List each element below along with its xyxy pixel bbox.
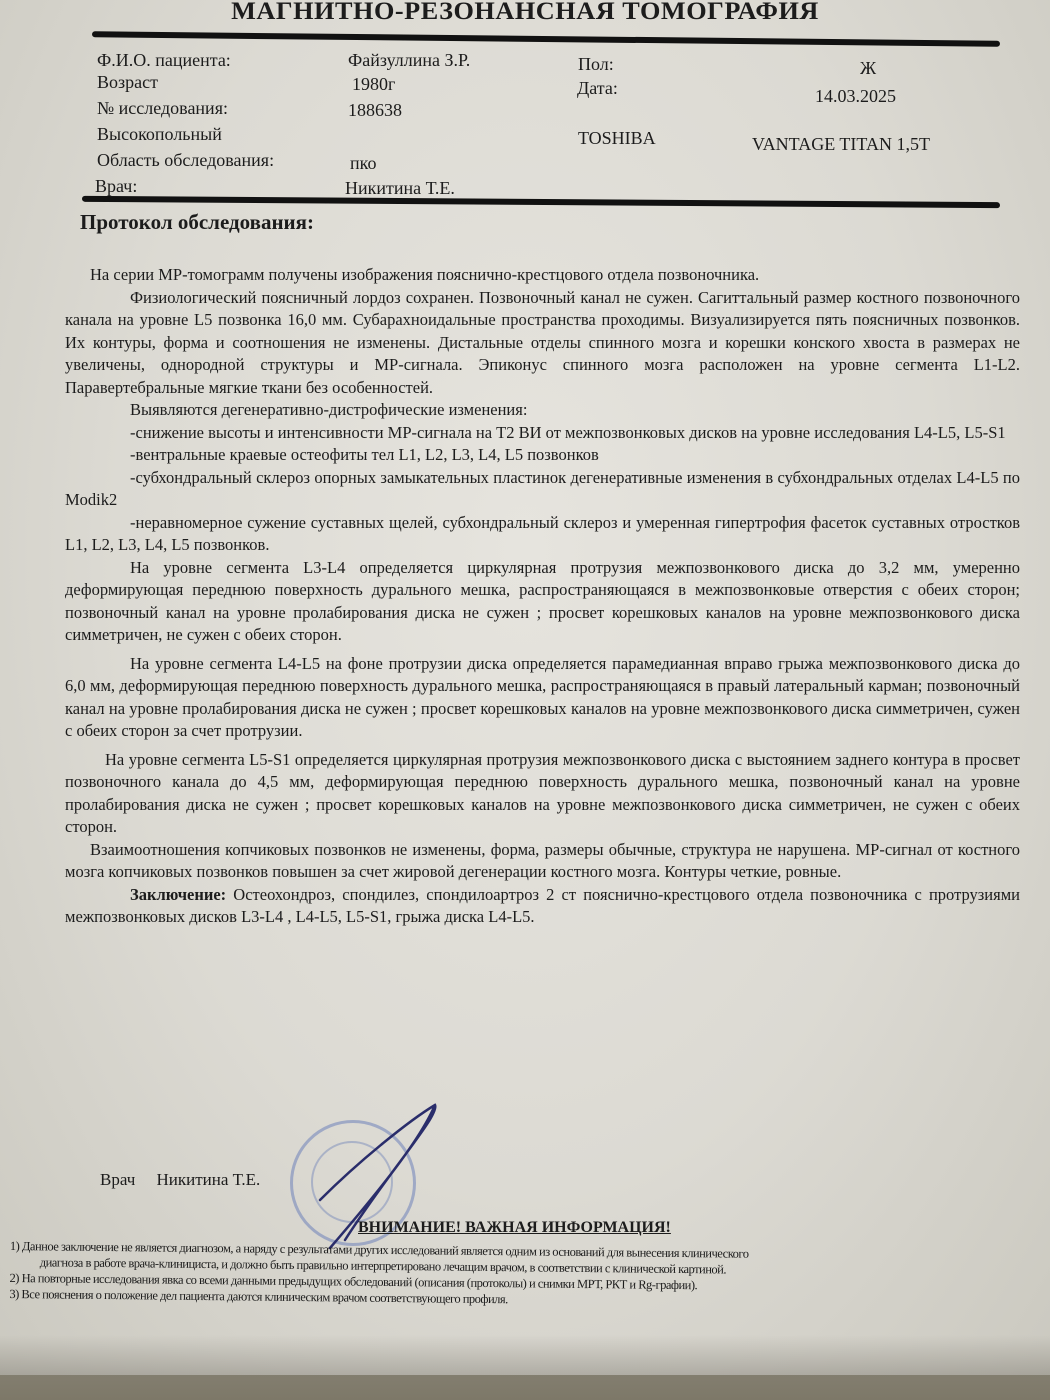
segment-l4-l5-paragraph: На уровне сегмента L4-L5 на фоне протруз… — [65, 653, 1020, 743]
degenerative-item-1: -снижение высоты и интенсивности МР-сигн… — [65, 422, 1020, 445]
segment-l3-l4-paragraph: На уровне сегмента L3-L4 определяется ци… — [65, 557, 1020, 647]
header-bottom-rule — [82, 196, 1000, 208]
signature-role: Врач — [100, 1170, 135, 1189]
document-title: МАГНИТНО-РЕЗОНАНСНАЯ ТОМОГРАФИЯ — [0, 0, 1050, 26]
scanner-brand: TOSHIBA — [578, 128, 656, 148]
intro-paragraph: На серии МР-томограмм получены изображен… — [65, 264, 1020, 287]
sex-value: Ж — [860, 58, 876, 78]
field-strength-label: Высокопольный — [97, 124, 222, 144]
date-label: Дата: — [577, 78, 618, 98]
notice-title: ВНИМАНИЕ! ВАЖНАЯ ИНФОРМАЦИЯ! — [358, 1219, 671, 1237]
degenerative-item-3: -субхондральный склероз опорных замыкате… — [65, 467, 1020, 512]
document-page: МАГНИТНО-РЕЗОНАНСНАЯ ТОМОГРАФИЯ Ф.И.О. п… — [0, 0, 1050, 1375]
doctor-signature-line: Врач Никитина Т.Е. — [100, 1170, 260, 1190]
exam-area-value: пко — [350, 153, 376, 173]
notice-notes: 1) Данное заключение не является диагноз… — [9, 1238, 1020, 1313]
protocol-body: На серии МР-томограмм получены изображен… — [65, 264, 1020, 929]
doctor-label: Врач: — [95, 176, 137, 196]
age-label: Возраст — [97, 72, 158, 92]
study-number-label: № исследования: — [97, 98, 228, 118]
patient-label: Ф.И.О. пациента: — [97, 50, 231, 70]
header-top-rule — [92, 31, 1000, 47]
patient-value: Файзуллина З.Р. — [348, 50, 470, 70]
findings-paragraph: Физиологический поясничный лордоз сохран… — [65, 287, 1020, 400]
sex-label: Пол: — [578, 54, 614, 74]
conclusion-label: Заключение: — [130, 885, 226, 904]
coccyx-paragraph: Взаимоотношения копчиковых позвонков не … — [65, 839, 1020, 884]
exam-area-label: Область обследования: — [97, 150, 274, 170]
age-value: 1980г — [352, 74, 395, 94]
degenerative-item-2: -вентральные краевые остеофиты тел L1, L… — [65, 444, 1020, 467]
segment-l5-s1-paragraph: На уровне сегмента L5-S1 определяется ци… — [65, 749, 1020, 839]
doctor-value: Никитина Т.Е. — [345, 178, 455, 198]
degenerative-heading: Выявляются дегенеративно-дистрофические … — [65, 399, 1020, 422]
study-number-value: 188638 — [348, 100, 402, 120]
scanner-model: VANTAGE TITAN 1,5T — [752, 134, 930, 154]
degenerative-item-4: -неравномерное сужение суставных щелей, … — [65, 512, 1020, 557]
protocol-title: Протокол обследования: — [80, 210, 314, 235]
signature-name: Никитина Т.Е. — [157, 1170, 261, 1189]
conclusion-paragraph: Заключение: Остеохондроз, спондилез, спо… — [65, 884, 1020, 929]
date-value: 14.03.2025 — [815, 86, 896, 106]
